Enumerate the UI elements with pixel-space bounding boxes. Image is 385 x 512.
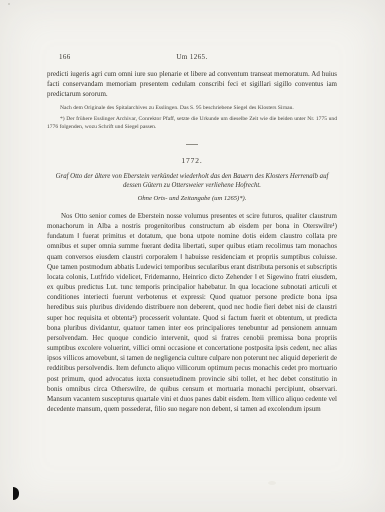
source-note: Nach dem Originale des Spitalarchives zu… bbox=[47, 104, 337, 112]
page-header: 166 Um 1265. bbox=[47, 53, 337, 63]
footnote: *) Der frühere Esslinger Archivar, Conre… bbox=[47, 115, 337, 131]
entry-body-text: Nos Otto senior comes de Eberstein nosse… bbox=[47, 211, 337, 414]
previous-entry-continuation: predicti iugeris agri cum omni iure suo … bbox=[47, 69, 337, 100]
scan-thumb-mark bbox=[13, 487, 19, 500]
page-content: predicti iugeris agri cum omni iure suo … bbox=[47, 69, 337, 414]
entry-number: 1772. bbox=[47, 156, 337, 165]
entry-dateline: Ohne Orts- und Zeitangabe (um 1265)*). bbox=[47, 195, 337, 202]
scanned-book-page: 166 Um 1265. predicti iugeris agri cum o… bbox=[0, 0, 385, 512]
section-separator-rule bbox=[186, 144, 198, 145]
running-head: Um 1265. bbox=[47, 53, 337, 61]
scan-speck bbox=[8, 3, 10, 5]
entry-regest: Graf Otto der ältere von Eberstein verkü… bbox=[54, 172, 330, 190]
scan-smudge bbox=[268, 481, 276, 485]
